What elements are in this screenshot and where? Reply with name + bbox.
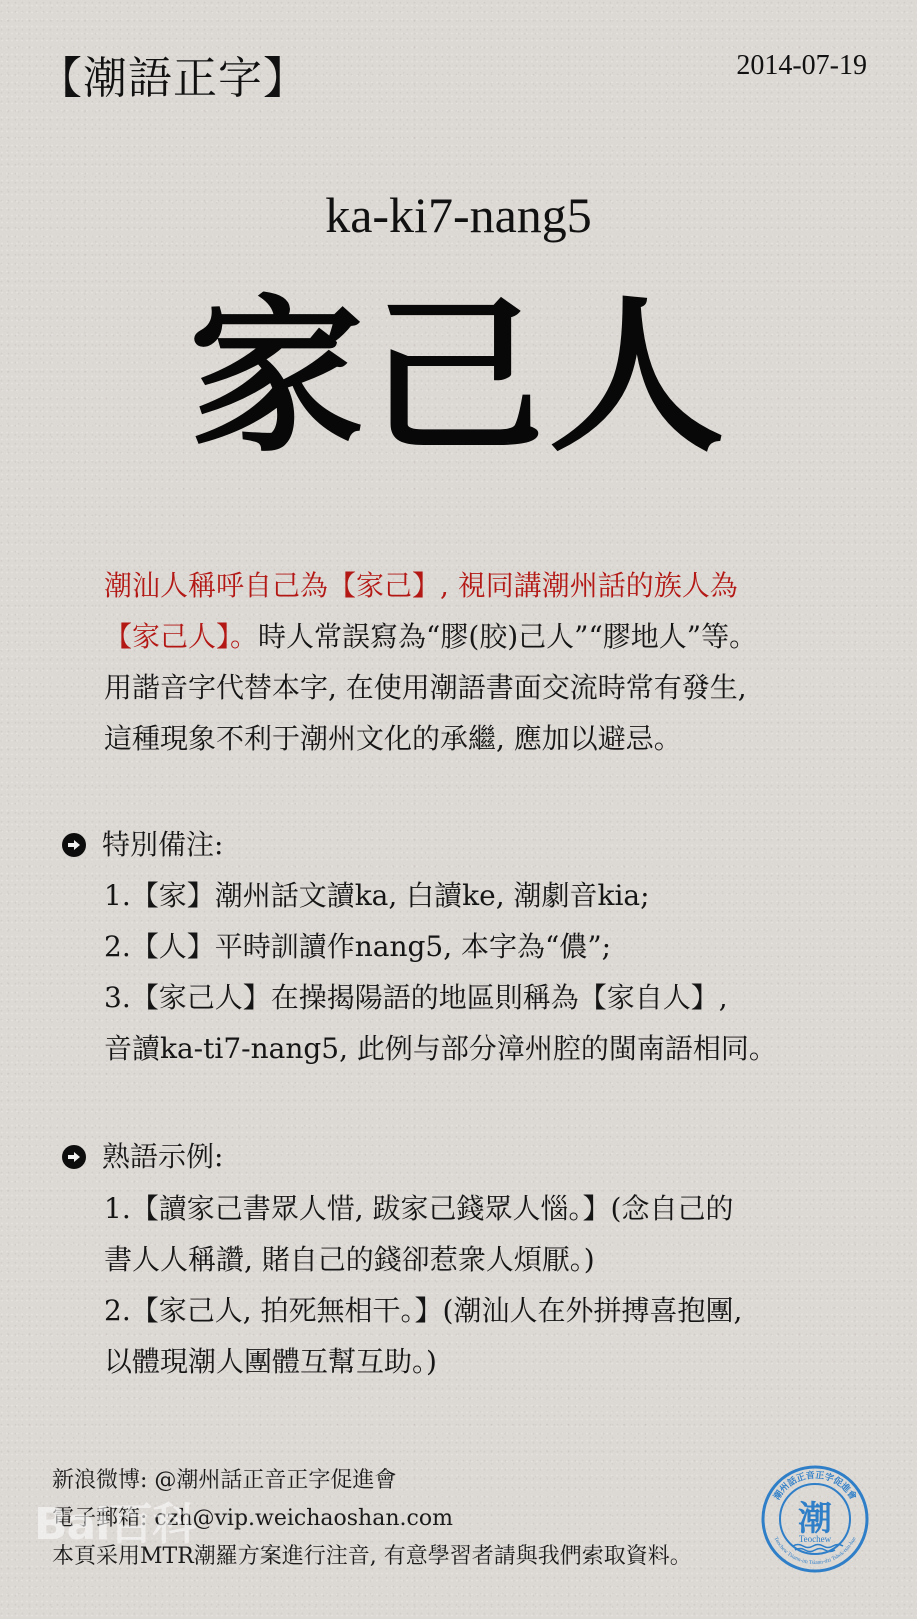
idioms-heading: 熟語示例: (62, 1137, 223, 1177)
idiom-item: 書人人稱讚, 賭自己的錢卻惹衆人煩厭。) (104, 1234, 824, 1285)
idioms-heading-label: 熟語示例: (102, 1137, 223, 1177)
intro-paragraph: 潮汕人稱呼自己為【家己】, 視同講潮州話的族人為 【家己人】。時人常誤寫為“膠(… (104, 560, 824, 764)
organization-seal-logo: 潮州話正音正字促進會 Teochew Tsiann-im Tsiann-dzi … (760, 1464, 870, 1574)
notes-item: 2.【人】平時訓讀作nang5, 本字為“儂”; (104, 921, 824, 972)
arrow-circle-right-icon (62, 1145, 86, 1169)
idiom-item: 以體現潮人團體互幫互助。) (104, 1336, 824, 1387)
footer-weibo: 新浪微博: @潮州話正音正字促進會 (52, 1462, 396, 1500)
notes-item: 3.【家己人】在操揭陽語的地區則稱為【家自人】, (104, 972, 824, 1023)
romanization: ka-ki7-nang5 (0, 186, 917, 244)
intro-line-1: 潮汕人稱呼自己為【家己】, 視同講潮州話的族人為 (104, 560, 824, 611)
notes-list: 1.【家】潮州話文讀ka, 白讀ke, 潮劇音kia; 2.【人】平時訓讀作na… (104, 870, 824, 1074)
series-title: 【潮語正字】 (38, 44, 308, 114)
idiom-item: 2.【家己人, 拍死無相干。】(潮汕人在外拼搏喜抱團, (104, 1285, 824, 1336)
footer-email: 電子郵箱: czh@vip.weichaoshan.com (52, 1500, 453, 1538)
intro-line-3: 用諧音字代替本字, 在使用潮語書面交流時常有發生, (104, 662, 824, 713)
svg-text:潮州話正音正字促進會: 潮州話正音正字促進會 (771, 1469, 860, 1502)
footer-note: 本頁采用MTR潮羅方案進行注音, 有意學習者請與我們索取資料。 (52, 1538, 692, 1576)
idioms-list: 1.【讀家己書眾人惜, 跋家己錢眾人惱。】(念自己的 書人人稱讚, 賭自己的錢卻… (104, 1183, 824, 1387)
arrow-circle-right-icon (62, 833, 86, 857)
intro-line-2-highlight: 【家己人】。 (104, 620, 258, 653)
intro-line-2: 【家己人】。時人常誤寫為“膠(胶)己人”“膠地人”等。 (104, 611, 824, 662)
publish-date: 2014-07-19 (736, 50, 867, 82)
notes-item: 1.【家】潮州話文讀ka, 白讀ke, 潮劇音kia; (104, 870, 824, 921)
svg-text:潮: 潮 (798, 1499, 832, 1539)
headword: 家己人 (0, 283, 917, 473)
notes-item: 音讀ka-ti7-nang5, 此例与部分漳州腔的閩南語相同。 (104, 1023, 824, 1074)
intro-line-4: 這種現象不利于潮州文化的承繼, 應加以避忌。 (104, 713, 824, 764)
idiom-item: 1.【讀家己書眾人惜, 跋家己錢眾人惱。】(念自己的 (104, 1183, 824, 1234)
svg-text:Teochew: Teochew (799, 1534, 832, 1544)
notes-heading: 特別備注: (62, 825, 223, 865)
intro-line-2-rest: 時人常誤寫為“膠(胶)己人”“膠地人”等。 (258, 620, 757, 653)
notes-heading-label: 特別備注: (102, 825, 223, 865)
seal-icon: 潮州話正音正字促進會 Teochew Tsiann-im Tsiann-dzi … (760, 1464, 870, 1574)
